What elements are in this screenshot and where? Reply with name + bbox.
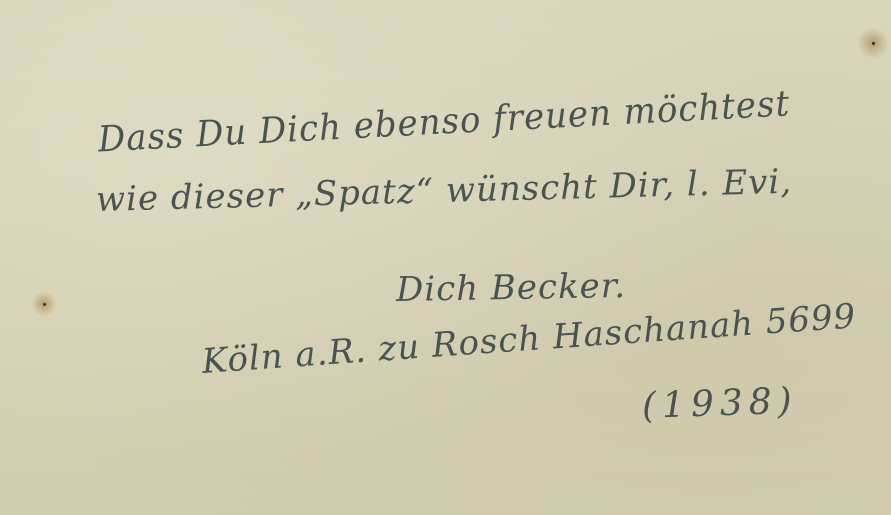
paper-background [0,0,891,515]
handwritten-signature: Dich Becker. [396,266,627,310]
paper-stain-top-right [858,28,888,58]
handwritten-year: (1938) [641,381,798,427]
paper-stain-left [32,292,56,316]
